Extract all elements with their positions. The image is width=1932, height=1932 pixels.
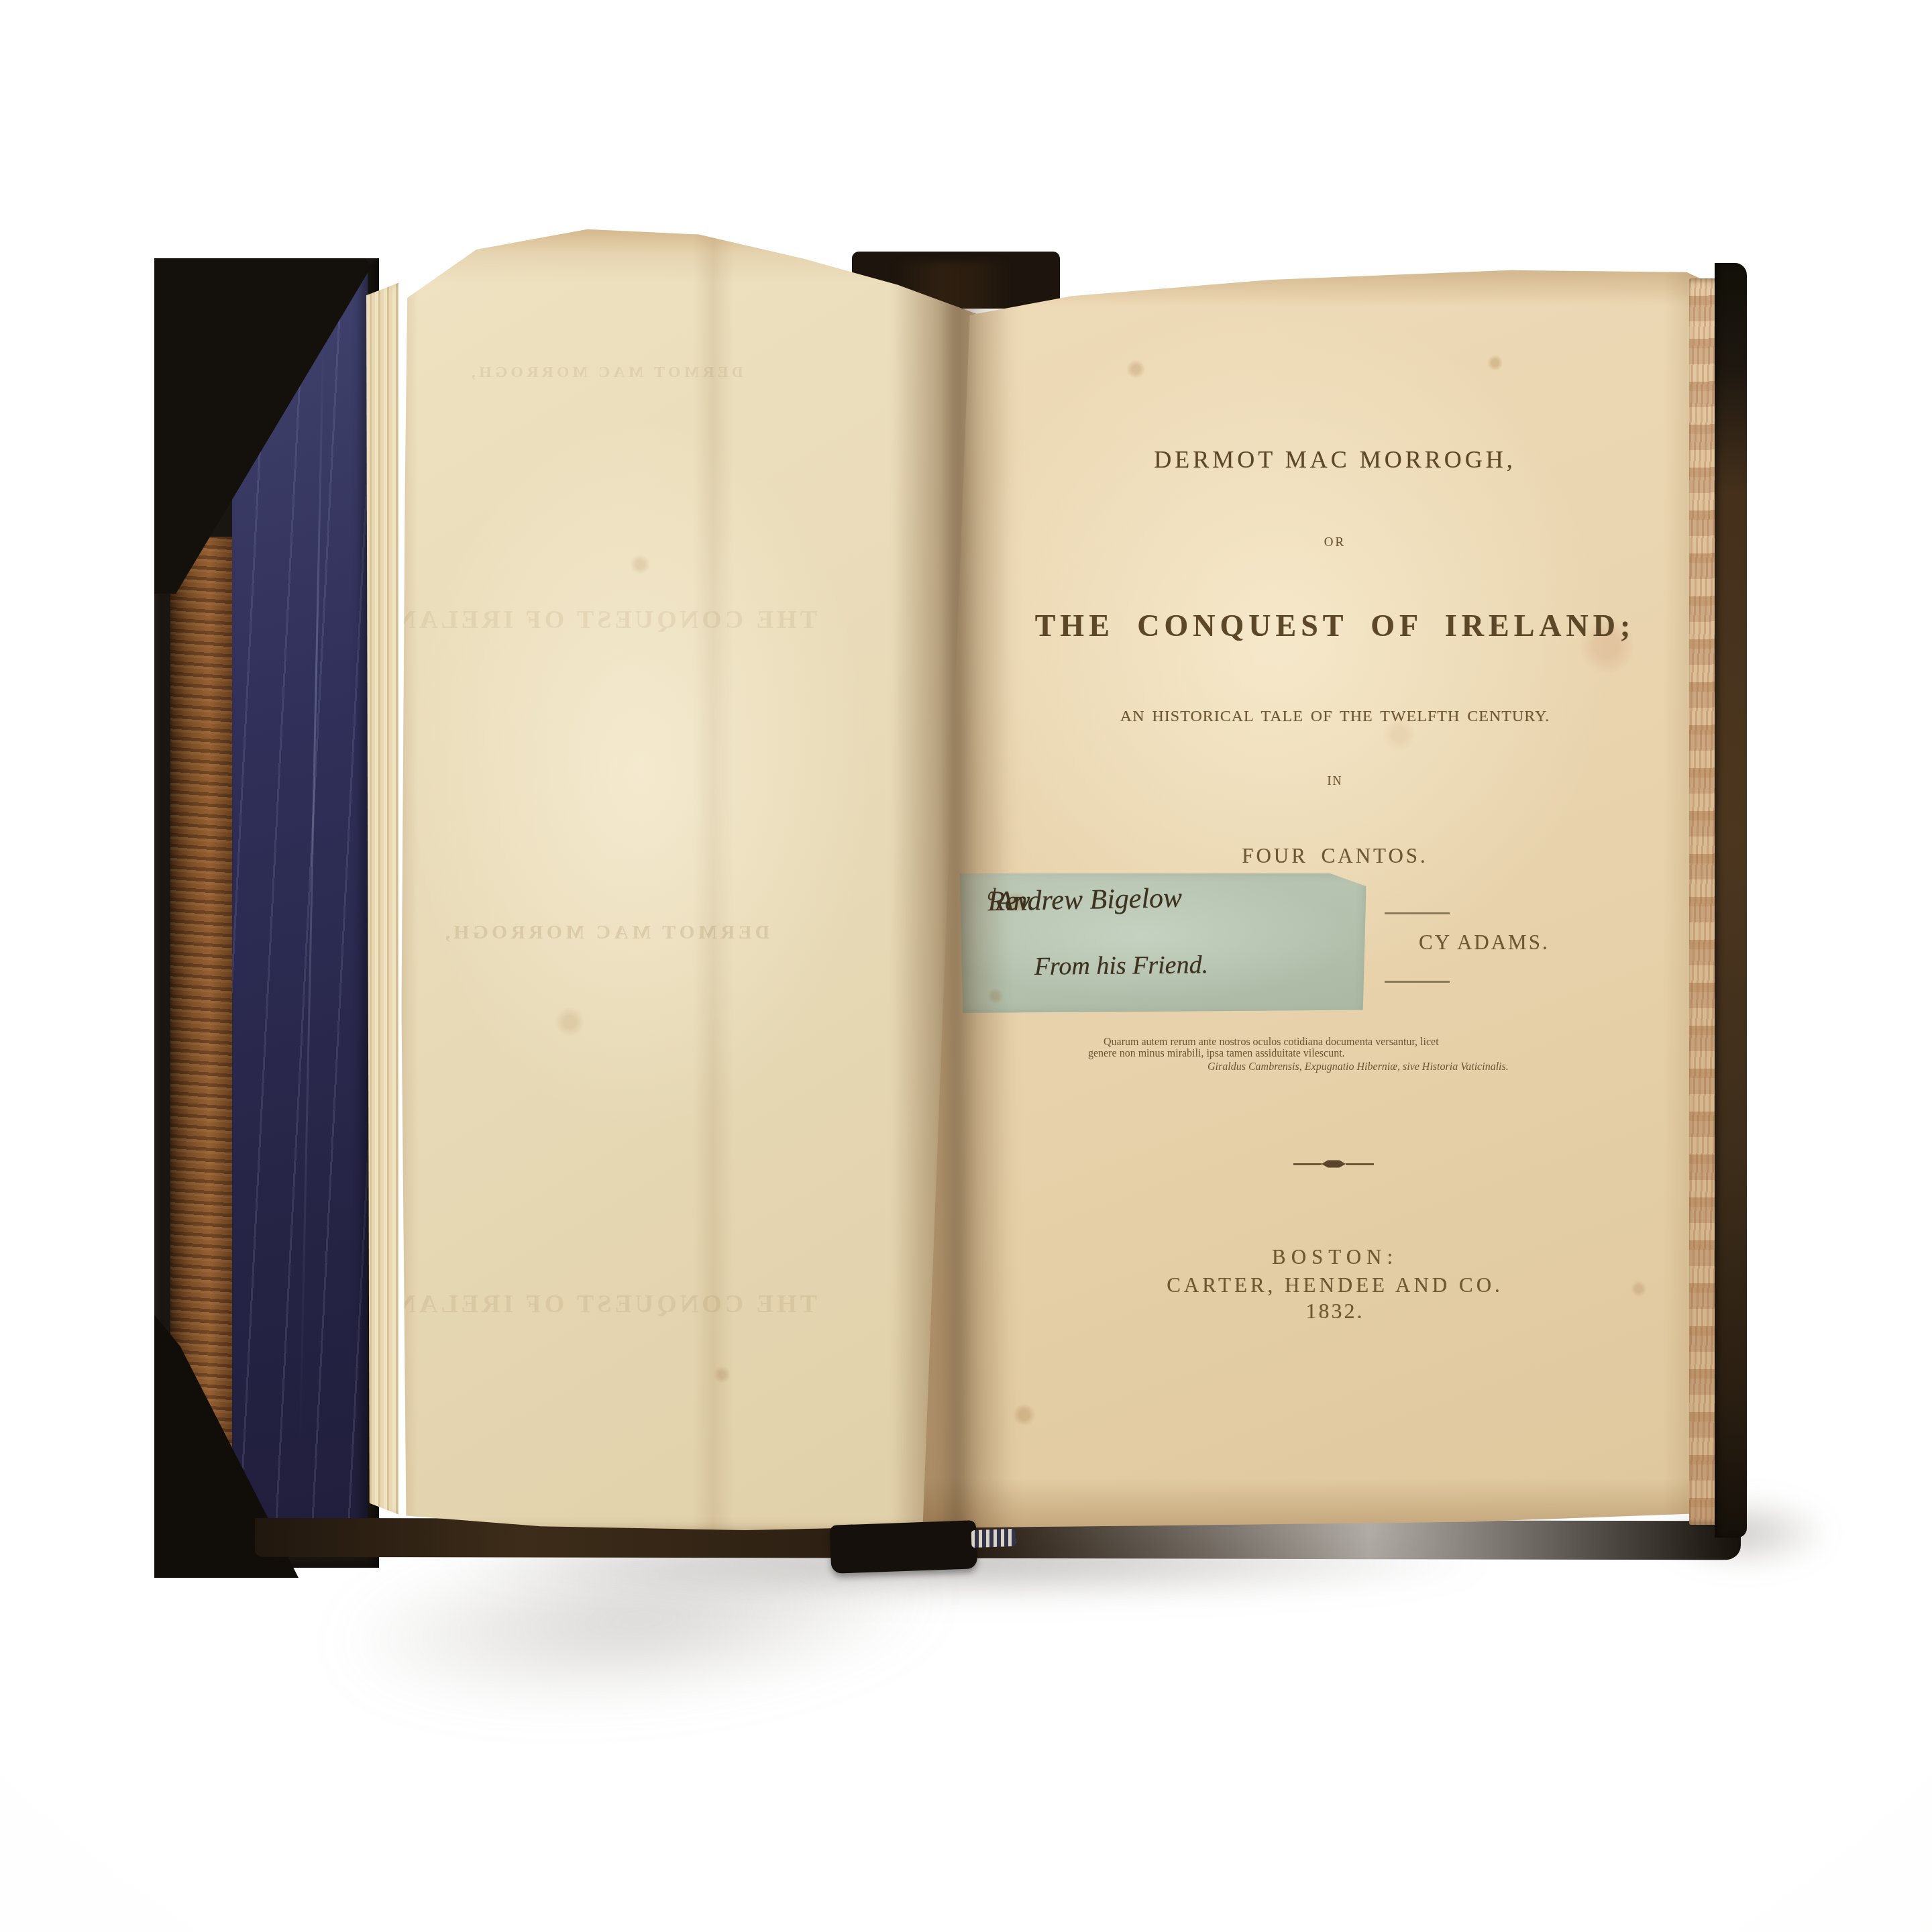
ornament-line-left <box>1293 1163 1322 1165</box>
title-page-print-area: DERMOT MAC MORROGH, OR THE CONQUEST OF I… <box>912 268 1758 1528</box>
left-cover-leather-spine-strip <box>170 537 241 1489</box>
cantos-line: FOUR CANTOS. <box>912 844 1758 868</box>
series-title: DERMOT MAC MORROGH, <box>912 445 1758 474</box>
diamond-rule-ornament <box>1293 1159 1374 1169</box>
photo-of-open-book: DERMOT MAC MORROGH, THE CONQUEST OF IREL… <box>0 0 1932 1932</box>
right-cover-edge <box>1715 263 1747 1538</box>
in-word: IN <box>912 774 1758 788</box>
epigraph-line-2: genere non minus mirabili, ipsa tamen as… <box>1088 1048 1345 1060</box>
imprint-publisher: CARTER, HENDEE AND CO. <box>912 1273 1758 1297</box>
imprint-city: BOSTON: <box>912 1245 1758 1269</box>
epigraph-line-1: Quarum autem rerum ante nostros oculos c… <box>1104 1036 1439 1049</box>
epigraph-attribution: Giraldus Cambrensis, Expugnatio Hiberniæ… <box>1207 1061 1509 1073</box>
author-rule-bottom <box>1385 981 1450 983</box>
author-name-fragment: CY ADAMS. <box>1419 930 1550 955</box>
ornament-line-right <box>1346 1163 1374 1165</box>
fore-edge-page-stack <box>1689 278 1717 1525</box>
imprint-year: 1832. <box>912 1299 1758 1324</box>
show-through-text: DERMOT MAC MORROGH, <box>394 921 817 944</box>
left-page-stack-edges <box>366 280 398 1518</box>
show-through-text: THE CONQUEST OF IRELAND; <box>394 1289 817 1319</box>
main-title: THE CONQUEST OF IRELAND; <box>912 608 1758 643</box>
subtitle: AN HISTORICAL TALE OF THE TWELFTH CENTUR… <box>912 708 1758 726</box>
ornament-diamond <box>1322 1160 1346 1168</box>
or-word: OR <box>912 535 1758 550</box>
endband <box>971 1529 1016 1548</box>
gutter-shadow <box>892 262 1010 1533</box>
author-rule-top <box>1385 912 1450 914</box>
show-through-text: DERMOT MAC MORROGH, <box>394 364 817 382</box>
inscription-line-2: From his Friend. <box>1034 950 1209 981</box>
inscription-label: Rev.d Andrew Bigelow From his Friend. <box>959 871 1366 1016</box>
show-through-text: THE CONQUEST OF IRELAND; <box>394 605 817 635</box>
spine-tail <box>830 1520 977 1574</box>
inscription-name: Andrew Bigelow <box>996 882 1182 918</box>
title-page: DERMOT MAC MORROGH, OR THE CONQUEST OF I… <box>912 268 1711 1528</box>
open-book: DERMOT MAC MORROGH, THE CONQUEST OF IREL… <box>154 221 1744 1576</box>
